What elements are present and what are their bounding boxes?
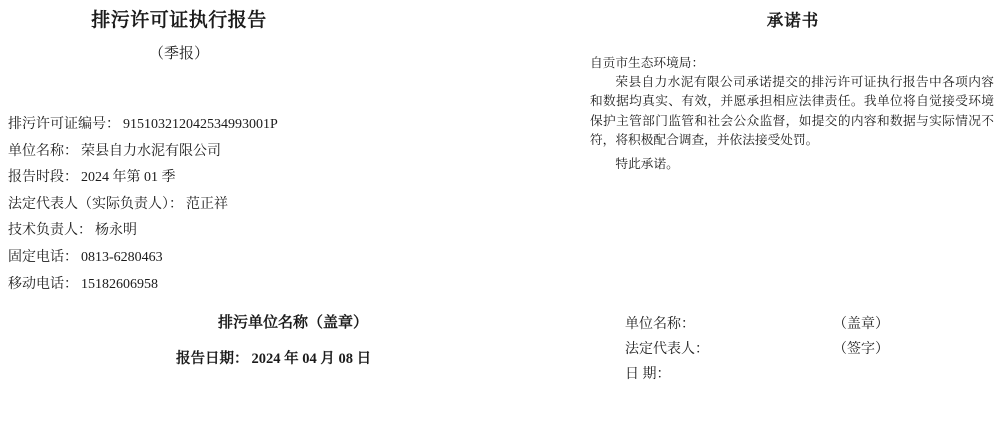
info-label: 单位名称： <box>8 144 78 159</box>
sign-note: （签字） <box>833 338 889 358</box>
report-date-value: 2024 年 04 月 08 日 <box>252 351 372 367</box>
info-line-permit-number: 排污许可证编号：915103212042534993001P <box>8 112 408 139</box>
info-line-mobile-phone: 移动电话：15182606958 <box>8 272 408 299</box>
report-title: 排污许可证执行报告 <box>0 5 358 32</box>
signature-label: 日 期： <box>625 367 671 382</box>
info-line-technical-lead: 技术负责人：杨永明 <box>8 218 408 245</box>
info-label: 技术负责人： <box>8 223 92 238</box>
info-line-unit-name: 单位名称：荣县自力水泥有限公司 <box>8 139 408 166</box>
signature-label: 单位名称： <box>625 317 695 332</box>
info-line-report-period: 报告时段：2024 年第 01 季 <box>8 165 408 192</box>
commitment-paragraph: 荣县自力水泥有限公司承诺提交的排污许可证执行报告中各项内容和数据均真实、有效，并… <box>590 73 994 150</box>
info-value: 荣县自力水泥有限公司 <box>81 144 221 159</box>
info-line-legal-representative: 法定代表人（实际负责人）：范正祥 <box>8 192 408 219</box>
report-subtitle: （季报） <box>0 42 358 63</box>
unit-stamp-line: 排污单位名称（盖章） <box>218 311 368 332</box>
report-cover-section: 排污许可证执行报告 （季报） 排污许可证编号：91510321204253499… <box>0 0 420 429</box>
commitment-title: 承诺书 <box>590 7 996 31</box>
commitment-letter-section: 承诺书 自贡市生态环境局： 荣县自力水泥有限公司承诺提交的排污许可证执行报告中各… <box>590 0 996 429</box>
info-value: 范正祥 <box>186 197 228 212</box>
signature-row-legal-representative: 法定代表人： （签字） <box>625 338 996 358</box>
info-value: 15182606958 <box>81 277 158 292</box>
info-value: 杨永明 <box>95 223 137 238</box>
commitment-salutation: 自贡市生态环境局： <box>590 54 994 73</box>
info-label: 法定代表人（实际负责人）： <box>8 197 183 212</box>
info-value: 2024 年第 01 季 <box>81 170 176 185</box>
signature-row-date: 日 期： <box>625 363 996 383</box>
info-value: 0813-6280463 <box>81 250 163 265</box>
info-label: 排污许可证编号： <box>8 117 120 132</box>
report-date-label: 报告日期： <box>176 351 249 367</box>
info-label: 报告时段： <box>8 170 78 185</box>
info-label: 移动电话： <box>8 277 78 292</box>
info-value: 915103212042534993001P <box>123 117 278 132</box>
signature-label: 法定代表人： <box>625 342 709 357</box>
info-line-landline-phone: 固定电话：0813-6280463 <box>8 245 408 272</box>
report-date-line: 报告日期：2024 年 04 月 08 日 <box>176 347 371 368</box>
info-label: 固定电话： <box>8 250 78 265</box>
report-page: 排污许可证执行报告 （季报） 排污许可证编号：91510321204253499… <box>0 0 1000 429</box>
commitment-letter-body: 自贡市生态环境局： 荣县自力水泥有限公司承诺提交的排污许可证执行报告中各项内容和… <box>590 54 994 174</box>
signature-row-unit-name: 单位名称： （盖章） <box>625 313 996 333</box>
commitment-closing: 特此承诺。 <box>590 155 994 174</box>
report-info-list: 排污许可证编号：915103212042534993001P 单位名称：荣县自力… <box>8 112 408 298</box>
stamp-note: （盖章） <box>833 313 889 333</box>
